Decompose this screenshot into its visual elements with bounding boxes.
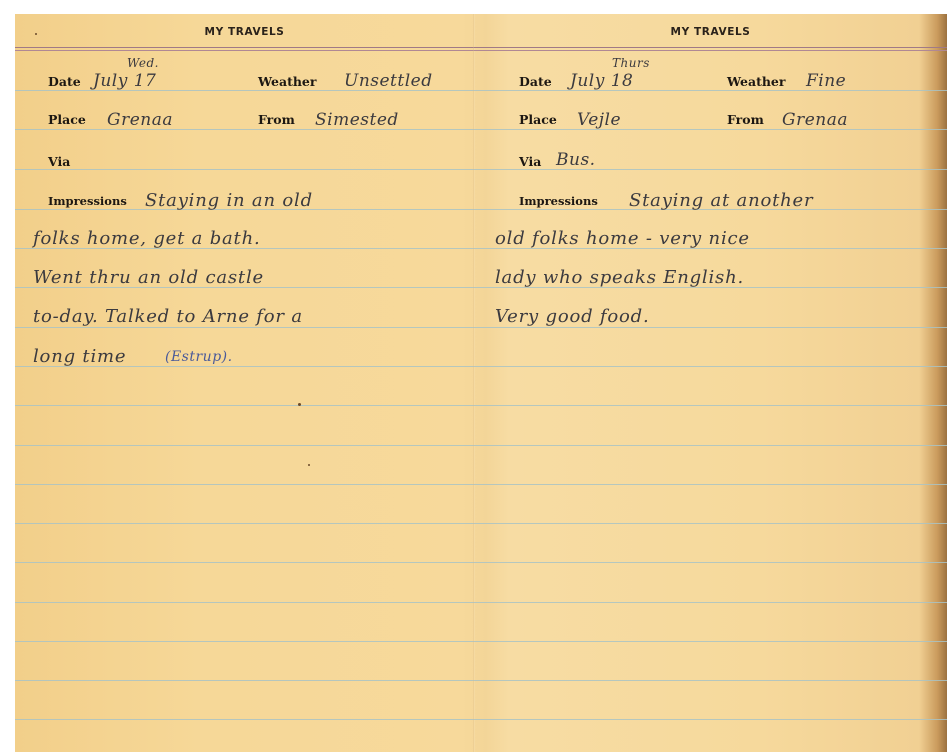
impression-note: (Estrup). bbox=[165, 349, 233, 365]
place-value: Vejle bbox=[577, 110, 621, 130]
ruled-line bbox=[474, 405, 947, 406]
from-value: Simested bbox=[315, 110, 399, 130]
impression-line: Staying at another bbox=[629, 190, 813, 211]
ruled-line bbox=[474, 366, 947, 367]
via-label: Via bbox=[519, 154, 541, 169]
day-value: Wed. bbox=[127, 56, 159, 70]
page-header: MY TRAVELS bbox=[474, 26, 947, 38]
page-header: MY TRAVELS bbox=[15, 26, 474, 38]
weather-value: Unsettled bbox=[344, 71, 433, 91]
impressions-label: Impressions bbox=[519, 194, 598, 208]
impression-line: long time bbox=[33, 346, 126, 367]
day-value: Thurs bbox=[612, 56, 650, 70]
ruled-line bbox=[474, 327, 947, 328]
via-value: Bus. bbox=[556, 150, 596, 170]
ruled-line bbox=[15, 327, 474, 328]
place-label: Place bbox=[519, 112, 557, 127]
ruled-line bbox=[15, 405, 474, 406]
impression-line: to-day. Talked to Arne for a bbox=[33, 306, 303, 327]
ruled-line bbox=[474, 90, 947, 91]
from-label: From bbox=[727, 112, 764, 127]
ruled-line bbox=[474, 523, 947, 524]
impression-line: folks home, get a bath. bbox=[33, 228, 261, 249]
impression-line: Very good food. bbox=[495, 306, 650, 327]
ruled-line bbox=[15, 680, 474, 681]
ruled-line bbox=[15, 641, 474, 642]
date-value: July 18 bbox=[570, 71, 633, 91]
weather-label: Weather bbox=[258, 74, 316, 89]
impression-line: old folks home - very nice bbox=[495, 228, 750, 249]
ruled-line bbox=[474, 562, 947, 563]
ruled-line bbox=[15, 445, 474, 446]
date-label: Date bbox=[519, 74, 552, 89]
paper-speck bbox=[308, 464, 310, 466]
ruled-line bbox=[474, 602, 947, 603]
date-value: July 17 bbox=[93, 71, 156, 91]
diary-spread: MY TRAVELS Date Weather Place From Via I… bbox=[15, 14, 947, 752]
header-double-rule bbox=[15, 47, 474, 51]
from-value: Grenaa bbox=[782, 110, 848, 130]
ruled-line bbox=[474, 129, 947, 130]
ruled-line bbox=[474, 641, 947, 642]
place-value: Grenaa bbox=[107, 110, 173, 130]
ruled-line bbox=[474, 484, 947, 485]
paper-speck bbox=[298, 403, 301, 406]
ruled-line bbox=[15, 484, 474, 485]
impressions-label: Impressions bbox=[48, 194, 127, 208]
from-label: From bbox=[258, 112, 295, 127]
impression-line: lady who speaks English. bbox=[495, 267, 744, 288]
weather-label: Weather bbox=[727, 74, 785, 89]
ruled-line bbox=[474, 719, 947, 720]
via-label: Via bbox=[48, 154, 70, 169]
paper-speck bbox=[35, 33, 37, 35]
weather-value: Fine bbox=[806, 71, 846, 91]
header-double-rule bbox=[474, 47, 947, 51]
ruled-line bbox=[15, 129, 474, 130]
impression-line: Staying in an old bbox=[145, 190, 313, 211]
place-label: Place bbox=[48, 112, 86, 127]
impression-line: Went thru an old castle bbox=[33, 267, 264, 288]
ruled-line bbox=[15, 719, 474, 720]
ruled-line bbox=[474, 169, 947, 170]
right-page: MY TRAVELS Date Weather Place From Via I… bbox=[474, 14, 947, 752]
ruled-line bbox=[15, 523, 474, 524]
left-page: MY TRAVELS Date Weather Place From Via I… bbox=[15, 14, 474, 752]
ruled-line bbox=[474, 445, 947, 446]
ruled-line bbox=[15, 562, 474, 563]
ruled-line bbox=[15, 602, 474, 603]
date-label: Date bbox=[48, 74, 81, 89]
ruled-line bbox=[15, 169, 474, 170]
ruled-line bbox=[474, 680, 947, 681]
